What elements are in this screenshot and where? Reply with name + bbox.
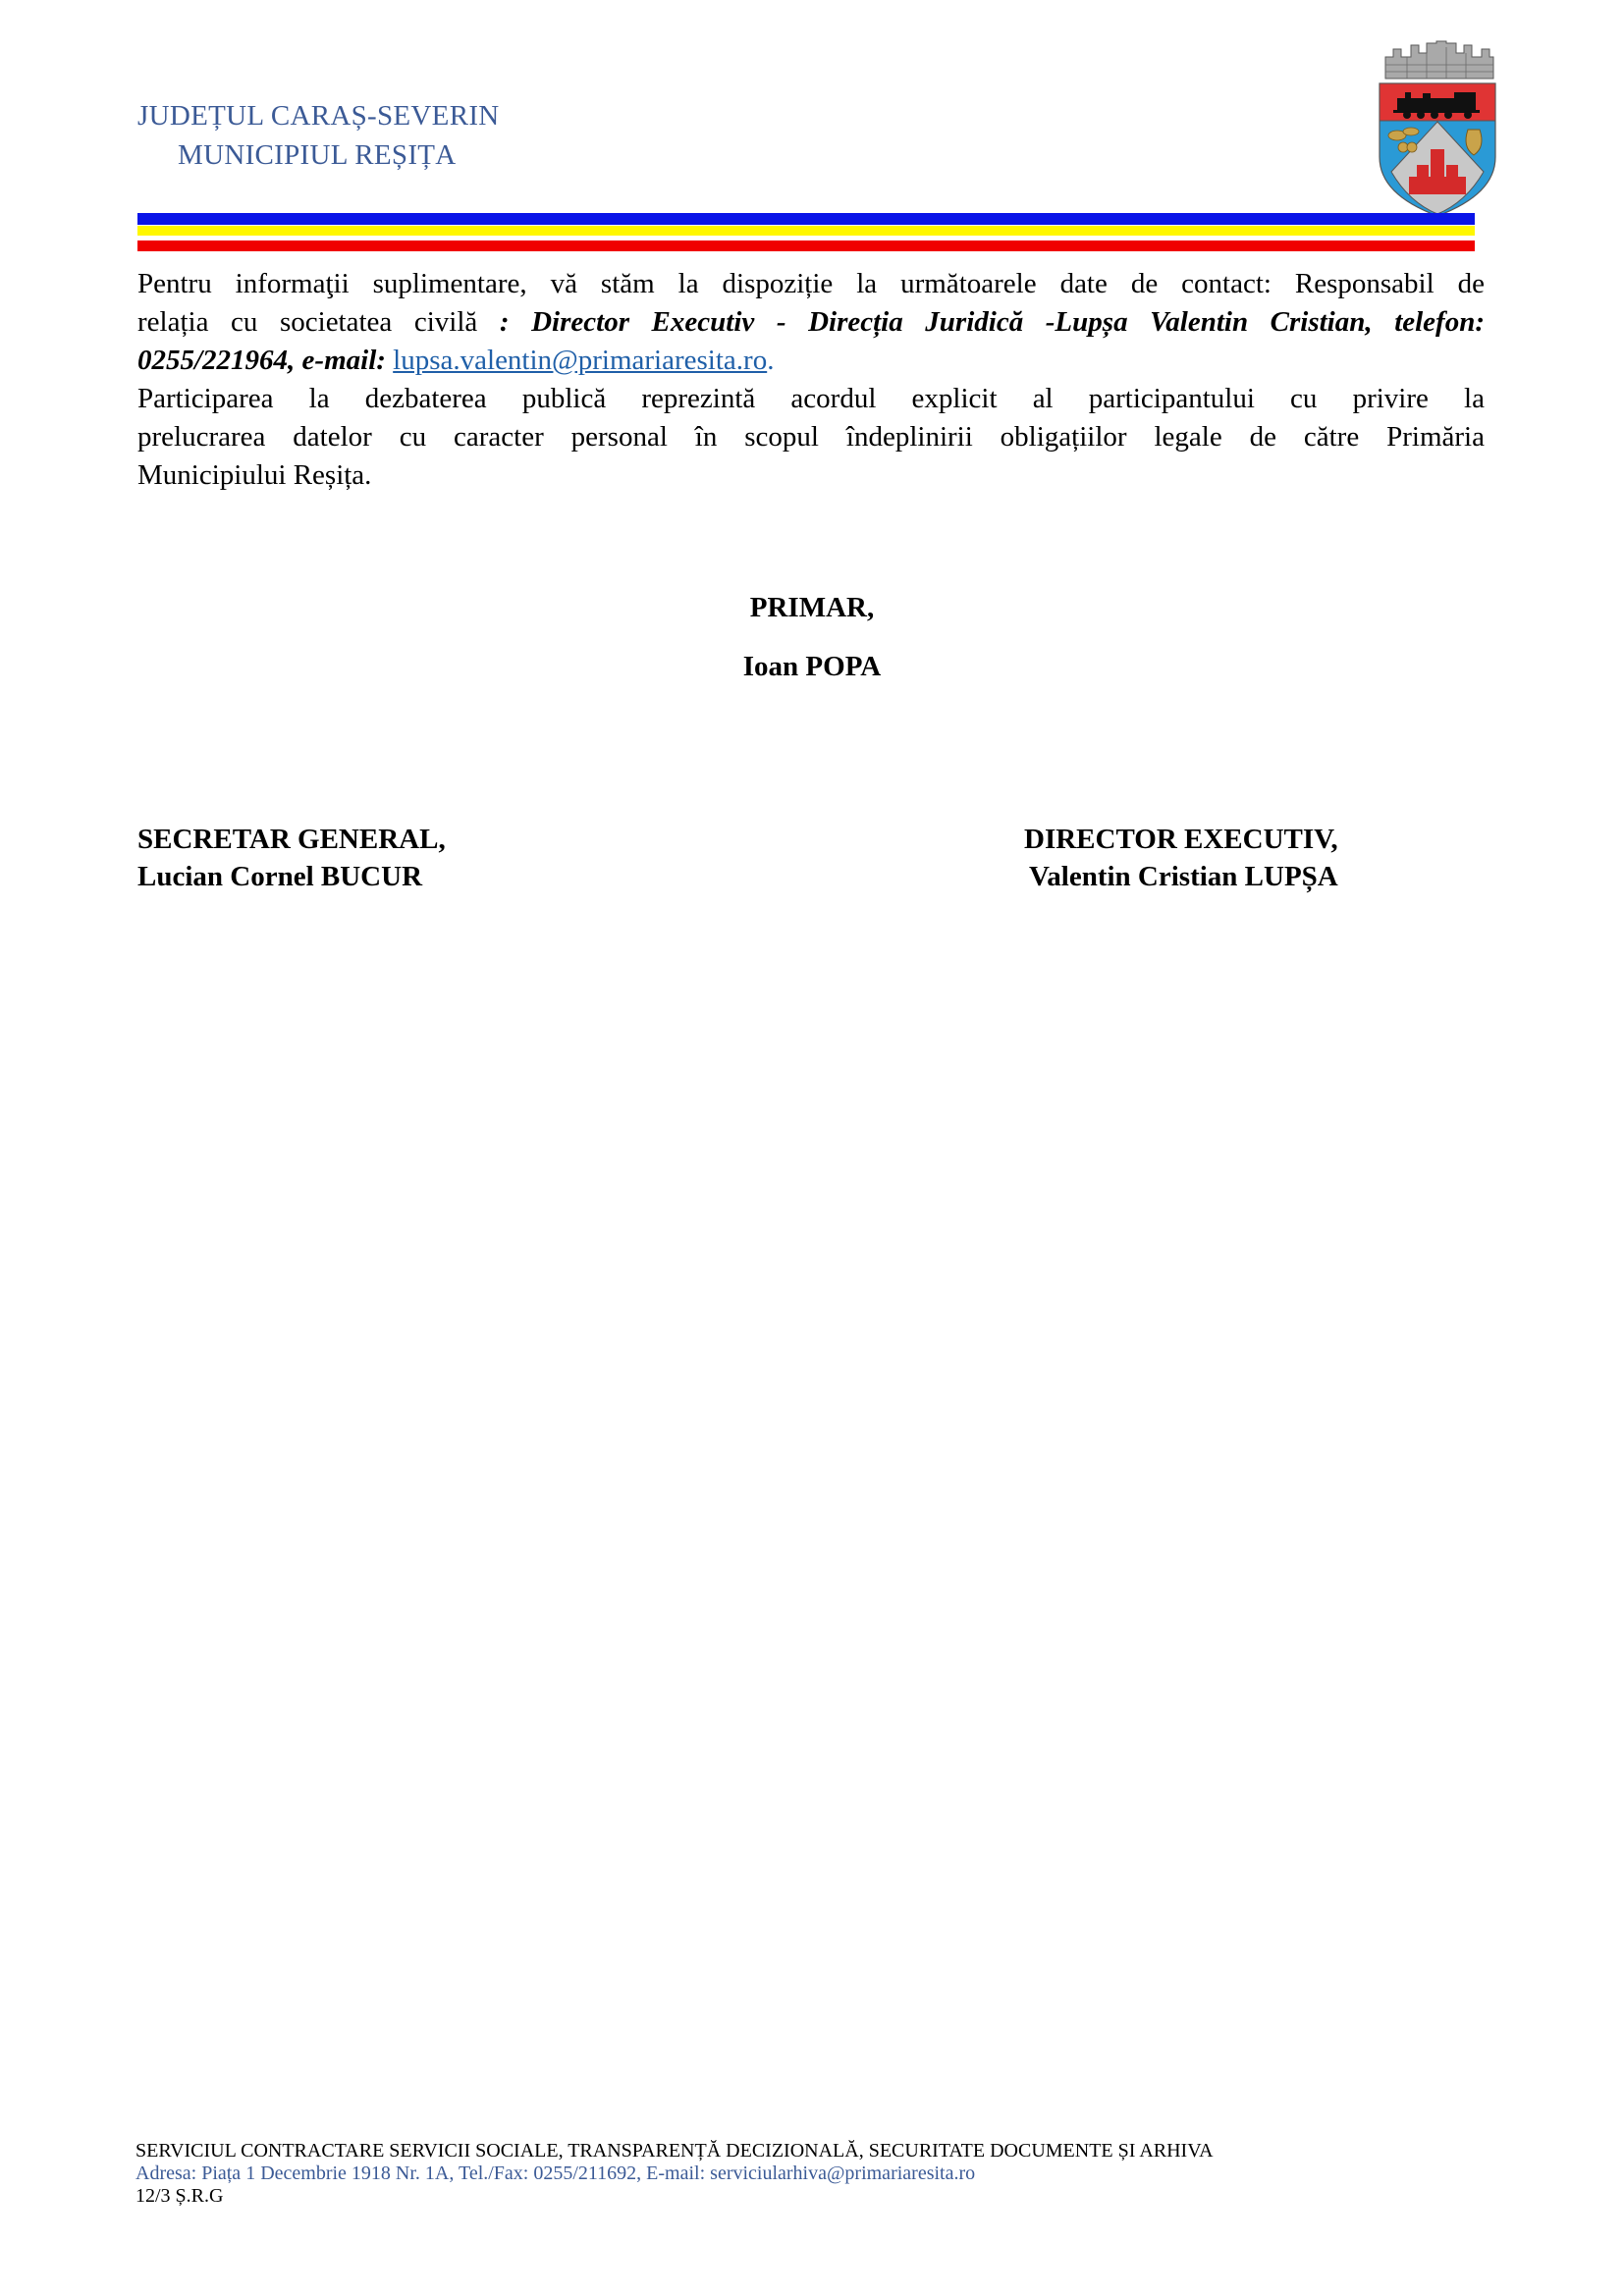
mayor-title: PRIMAR, — [0, 589, 1624, 627]
contact-line-2: relația cu societatea civilă : Director … — [137, 303, 1485, 342]
consent-line-2: prelucrarea datelor cu caracter personal… — [137, 418, 1485, 456]
contact-responsible: : Director Executiv - Direcția Juridică … — [500, 306, 1485, 338]
consent-line-1: Participarea la dezbaterea publică repre… — [137, 380, 1485, 418]
footer-department: SERVICIUL CONTRACTARE SERVICII SOCIALE, … — [135, 2140, 1214, 2163]
mayor-name: Ioan POPA — [0, 648, 1624, 686]
flag-stripe-blue — [137, 213, 1475, 225]
director-title: DIRECTOR EXECUTIV, — [1024, 821, 1338, 859]
municipality-heading: MUNICIPIUL REȘIȚA — [178, 141, 457, 170]
coat-of-arms-icon — [1368, 39, 1507, 218]
director-name: Valentin Cristian LUPȘA — [1029, 858, 1338, 896]
footer: SERVICIUL CONTRACTARE SERVICII SOCIALE, … — [135, 2140, 1214, 2208]
footer-reference: 12/3 Ș.R.G — [135, 2185, 1214, 2208]
contact-line-3: 0255/221964, e-mail: lupsa.valentin@prim… — [137, 342, 1485, 380]
flag-stripe-red — [137, 240, 1475, 251]
consent-line-3: Municipiului Reșița. — [137, 456, 1485, 495]
secretary-title: SECRETAR GENERAL, — [137, 821, 446, 859]
contact-paragraph: Pentru informaţii suplimentare, vă stăm … — [137, 265, 1485, 380]
contact-line-2-text: relația cu societatea civilă — [137, 306, 500, 338]
footer-address: Adresa: Piața 1 Decembrie 1918 Nr. 1A, T… — [135, 2163, 1214, 2185]
consent-paragraph: Participarea la dezbaterea publică repre… — [137, 380, 1485, 495]
contact-line-3-period: . — [767, 345, 774, 376]
contact-phone: 0255/221964, e-mail: — [137, 345, 386, 376]
contact-line-1: Pentru informaţii suplimentare, vă stăm … — [137, 265, 1485, 303]
flag-stripe-yellow — [137, 226, 1475, 236]
contact-email-link[interactable]: lupsa.valentin@primariaresita.ro — [393, 345, 767, 376]
secretary-name: Lucian Cornel BUCUR — [137, 858, 422, 896]
county-heading: JUDEȚUL CARAȘ-SEVERIN — [137, 102, 500, 131]
